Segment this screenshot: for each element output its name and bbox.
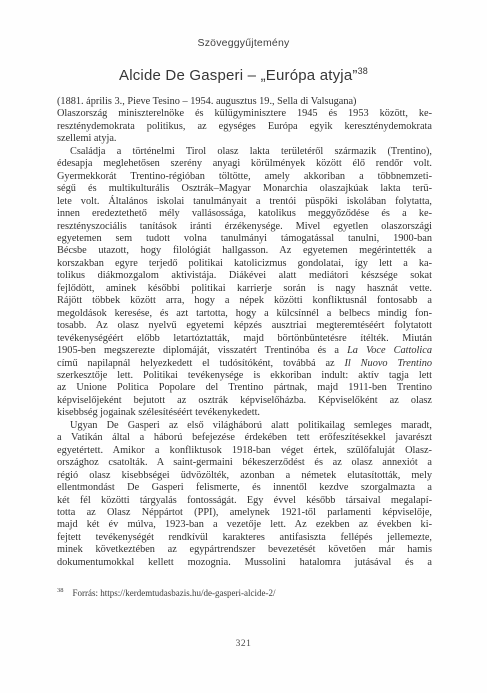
text-line: ellentmondást De Gasperi felismerte, és … bbox=[57, 482, 432, 494]
text-line: ségű és multikulturális Osztrák–Magyar M… bbox=[57, 183, 432, 195]
page-title-text: Alcide De Gasperi – „Európa atyja” bbox=[119, 67, 358, 84]
page-title: Alcide De Gasperi – „Európa atyja”38 bbox=[0, 67, 487, 84]
text-line: innen eredeztethető mély vallásossága, k… bbox=[57, 208, 432, 220]
text-line: Családja a történelmi Tirol olasz lakta … bbox=[57, 146, 432, 158]
italic-text: La Voce Cattolica bbox=[347, 345, 432, 356]
footnote-text: Forrás: https://kerdemtudasbazis.hu/de-g… bbox=[73, 588, 276, 598]
text-line: megoldások keresése, és azt tartotta, ho… bbox=[57, 308, 432, 320]
text-line: két fél közötti tárgyalás fontosságát. E… bbox=[57, 495, 432, 507]
paragraph: Családja a történelmi Tirol olasz lakta … bbox=[57, 146, 432, 420]
footnote: 38Forrás: https://kerdemtudasbazis.hu/de… bbox=[57, 588, 432, 599]
text-line: dokumentumokkal kellett mozognia. Mussol… bbox=[57, 557, 432, 569]
text-line: régió olasz kisebbségei üdvözölték, azon… bbox=[57, 470, 432, 482]
running-header: Szöveggyűjtemény bbox=[0, 37, 487, 49]
text-line: Ugyan De Gasperi az első világháború ala… bbox=[57, 420, 432, 432]
text-line: szellemi atyja. bbox=[57, 133, 432, 145]
italic-text: Il Nuovo Trentino bbox=[344, 358, 432, 369]
text-line: reszténydemokrata politikus, az egységes… bbox=[57, 121, 432, 133]
text-line: a Vatikán által a háború befejezése érde… bbox=[57, 432, 432, 444]
text-line: Gyermekkorát Trentino-régióban töltötte,… bbox=[57, 171, 432, 183]
text-line: korszakban egyre terjedő politikai katol… bbox=[57, 258, 432, 270]
text-line: 1905-ben megszerezte diplomáját, visszat… bbox=[57, 345, 432, 357]
body-text: (1881. április 3., Pieve Tesino – 1954. … bbox=[57, 96, 432, 569]
text-line: című napilapnál helyezkedett el tudósító… bbox=[57, 358, 432, 370]
text-line: tolikus diákmozgalom aktivistája. Diákév… bbox=[57, 270, 432, 282]
paragraph: (1881. április 3., Pieve Tesino – 1954. … bbox=[57, 96, 432, 108]
text-line: fejlődött, aminek későbbi politikai karr… bbox=[57, 283, 432, 295]
text-line: országhoz csatolták. A saint-germaini bé… bbox=[57, 457, 432, 469]
text-line: képviselőjeként bejutott az osztrák képv… bbox=[57, 395, 432, 407]
text-line: (1881. április 3., Pieve Tesino – 1954. … bbox=[57, 96, 432, 108]
text-line: minek következtében az egypártrendszer b… bbox=[57, 544, 432, 556]
text-line: egyetértett. Amikor a konfliktusok 1918-… bbox=[57, 445, 432, 457]
text-line: szerkesztője lett. Politikai tevékenység… bbox=[57, 370, 432, 382]
title-footnote-ref: 38 bbox=[358, 66, 368, 76]
text-line: Bécsbe utazott, hogy filológiát hallgass… bbox=[57, 245, 432, 257]
text-line: lete volt. Általános iskolai tanulmányai… bbox=[57, 196, 432, 208]
text-line: édesapja meglehetősen szerény anyagi kör… bbox=[57, 158, 432, 170]
text-line: tosabb. Az olasz nyelvű egyetemi képzés … bbox=[57, 320, 432, 332]
paragraph: Olaszország miniszterelnöke és külügymin… bbox=[57, 108, 432, 145]
text-line: resztényszociális tanítások iránti érzék… bbox=[57, 221, 432, 233]
text-line: majd két év múlva, 1923-ban a vezetője l… bbox=[57, 519, 432, 531]
text-line: Olaszország miniszterelnöke és külügymin… bbox=[57, 108, 432, 120]
text-line: kisebbség jogainak szélesítéséért tevéke… bbox=[57, 407, 432, 419]
paragraph: Ugyan De Gasperi az első világháború ala… bbox=[57, 420, 432, 569]
text-line: fejtett tevékenységét rendkívül karakter… bbox=[57, 532, 432, 544]
text-line: az Unione Politica Popolare del Trentino… bbox=[57, 382, 432, 394]
page-number: 321 bbox=[0, 639, 487, 649]
text-line: egyetemen sem tudott volna tanulmányi tá… bbox=[57, 233, 432, 245]
book-page: Szöveggyűjtemény Alcide De Gasperi – „Eu… bbox=[0, 0, 487, 693]
text-line: Rájött többek között arra, hogy a népek … bbox=[57, 295, 432, 307]
text-line: tevékenységéért előbb letartóztatták, ma… bbox=[57, 333, 432, 345]
text-line: totta az Olasz Néppártot (PPI), amelynek… bbox=[57, 507, 432, 519]
footnote-marker: 38 bbox=[57, 587, 64, 594]
